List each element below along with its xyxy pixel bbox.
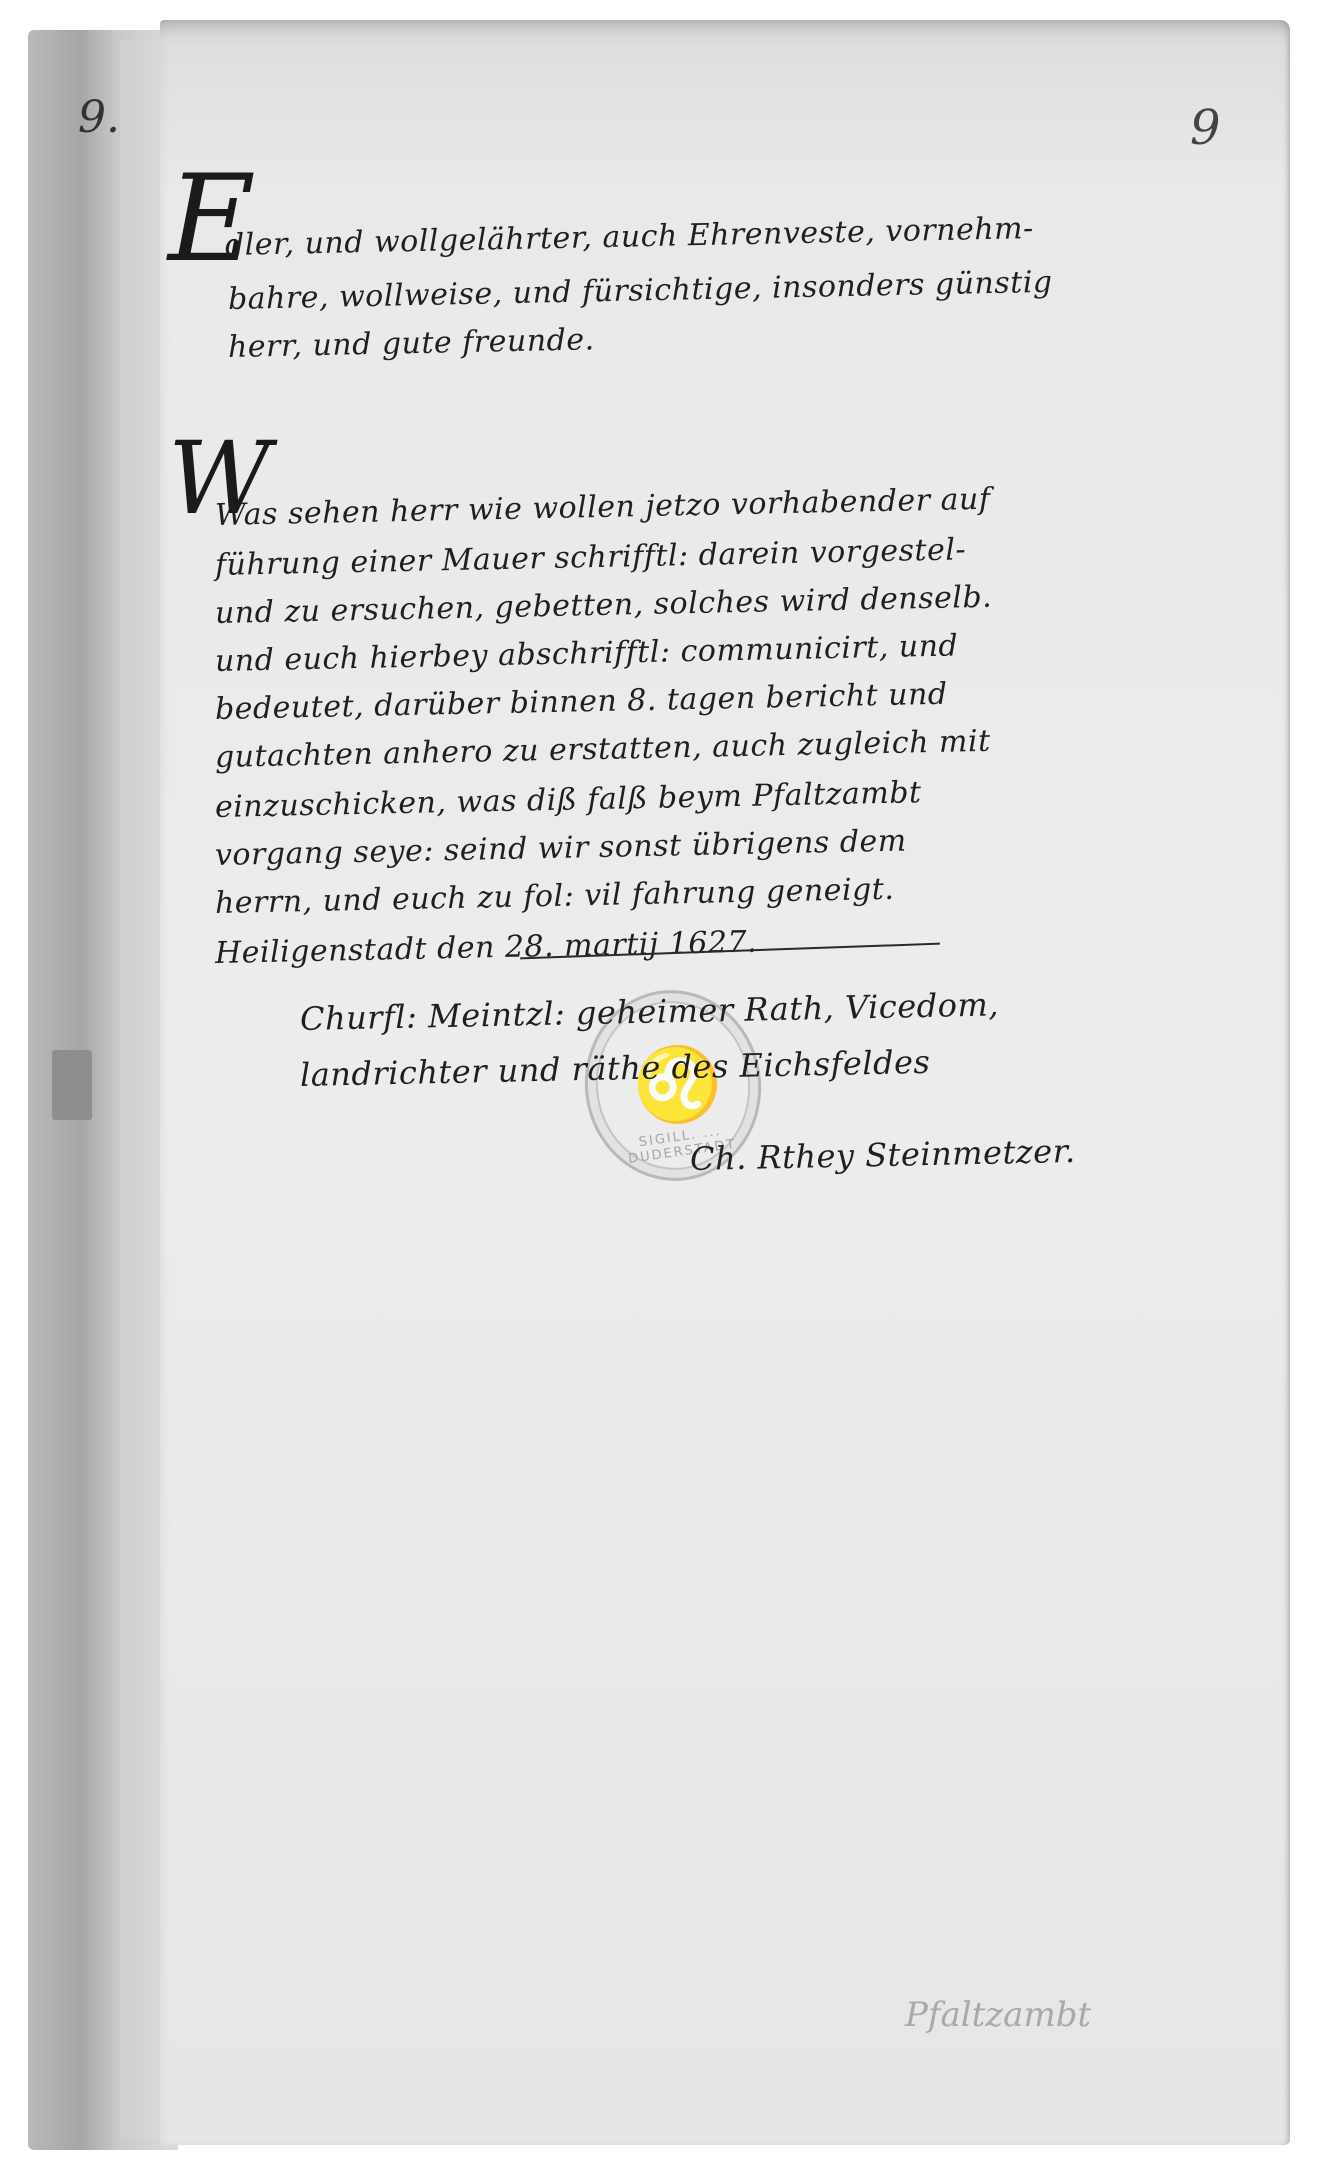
folio-number-left: 9. [78, 92, 120, 143]
pencil-note: Pfaltzambt [905, 1995, 1091, 2035]
folio-number-right: 9 [1190, 100, 1221, 156]
binding-tab [52, 1050, 92, 1120]
salutation-initial: E [168, 150, 256, 289]
signature: Ch. Rthey Steinmetzer. [690, 1132, 1076, 1178]
